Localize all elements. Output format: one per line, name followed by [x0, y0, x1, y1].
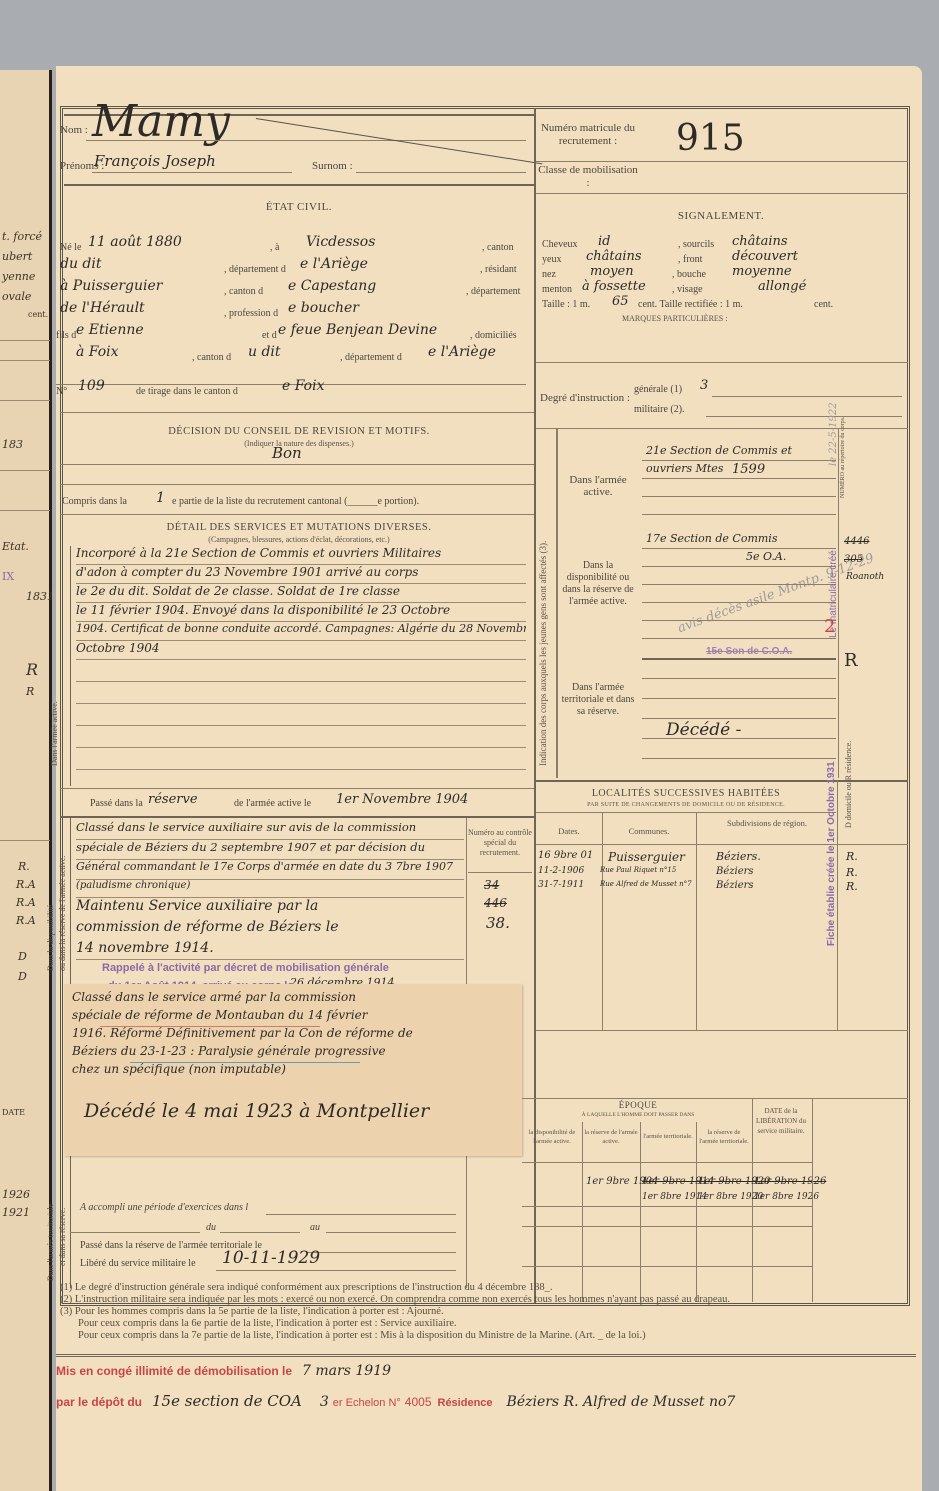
left-fragment: ovale: [2, 290, 31, 303]
localite-commune: Rue Paul Riquet n°15: [600, 866, 676, 874]
dispo-label: Dans la disponibilité ou dans la réserve…: [560, 560, 636, 608]
echelon-num: 3: [320, 1394, 329, 1410]
active-line: 21e Section de Commis et: [646, 444, 792, 457]
residence-label: Résidence: [438, 1397, 493, 1409]
canton-res-label: , canton d: [224, 286, 263, 297]
conge-label: Mis en congé illimité de démobilisation …: [56, 1364, 292, 1378]
localites-col-subdivisions: Subdivisions de région.: [698, 818, 836, 828]
epoque-value: 1er 9bre 1926: [754, 1176, 826, 1187]
tirage-label: de tirage dans le canton d: [136, 386, 238, 397]
dept-domicile: e l'Ariège: [428, 344, 496, 360]
localites-col-dr: D domicile ou R résidence.: [844, 741, 853, 828]
dept-dom-label: , département d: [340, 352, 402, 363]
bouche-label: , bouche: [672, 269, 706, 280]
canton-label: , canton: [482, 242, 514, 253]
service-line: le 11 février 1904. Envoyé dans la dispo…: [76, 603, 526, 622]
left-fragment: D: [18, 950, 27, 963]
menton-value: à fossette: [582, 279, 646, 294]
localites-col-dates: Dates.: [538, 826, 600, 836]
localite-dr: R.: [846, 850, 858, 863]
dept-residence: de l'Hérault: [60, 300, 145, 316]
side-label-dispo-2: ou dans la réserve de l'armée active.: [58, 856, 67, 971]
residant-label: , résidant: [480, 264, 517, 275]
du-label: du: [206, 1222, 216, 1233]
exercices-label: A accompli une période d'exercices dans …: [80, 1202, 248, 1213]
date-naissance: 11 août 1880: [88, 234, 182, 250]
localite-dr: R.: [846, 880, 858, 893]
signalement-block: Cheveux id , sourcils châtains yeux chât…: [542, 236, 902, 325]
cent-label: cent.: [814, 299, 833, 310]
etat-civil-block: Né le 11 août 1880 , à Vicdessos , canto…: [56, 234, 532, 406]
controle-value: 34: [484, 878, 499, 892]
side-label-active: Dans l'armée active.: [50, 701, 59, 766]
dispo-stamp: 15e Son de C.O.A.: [706, 646, 792, 657]
partie-value: 1: [156, 490, 165, 506]
passe-value: réserve: [148, 792, 198, 807]
domicilies-label: , domiciliés: [470, 330, 517, 341]
left-fragment: 1926: [2, 1188, 30, 1201]
localites-rows: 16 9bre 01 Puisserguier Béziers. R. 11-2…: [538, 850, 904, 894]
controle-value: 38.: [486, 914, 510, 932]
passe-mid: de l'armée active le: [234, 798, 311, 809]
footnote: Pour ceux compris dans la 6e partie de l…: [60, 1318, 910, 1330]
taille-suffix: cent. Taille rectifiée : 1 m.: [638, 299, 743, 310]
au-label: au: [310, 1222, 320, 1233]
canton-residence: e Capestang: [288, 278, 376, 294]
footnote: (1) Le degré d'instruction générale sera…: [60, 1282, 910, 1294]
pere: e Etienne: [76, 322, 144, 338]
side-stamp-fiche: Fiche établie créée le 1er Octobre 1931: [826, 761, 837, 946]
localite-commune: Puisserguier: [608, 850, 685, 864]
depot-line: par le dépôt du 15e section de COA 3 er …: [56, 1392, 916, 1422]
services-subtitle: (Campagnes, blessures, actions d'éclat, …: [64, 535, 534, 544]
pasted-note: Classé dans le service armé par la commi…: [64, 984, 522, 1156]
depot-value: 15e section de COA: [152, 1392, 302, 1410]
left-fragment: R: [26, 660, 38, 679]
reserve-line: Maintenu Service auxiliaire par la: [76, 898, 464, 919]
left-fragment: cent.: [28, 310, 48, 319]
left-fragment: R.A: [16, 896, 36, 909]
profession: e boucher: [288, 300, 359, 316]
mere: e feue Benjean Devine: [278, 322, 437, 338]
side-red-mark: 2: [824, 616, 835, 637]
registre-matricule-page: Nom : Mamy Prénoms : François Joseph Sur…: [56, 66, 922, 1491]
left-fragment: R.A: [16, 914, 36, 927]
reserve-line: Général commandant le 17e Corps d'armée …: [76, 860, 464, 880]
reserve-line: Classé dans le service auxiliaire sur av…: [76, 820, 464, 840]
visage-label: , visage: [672, 284, 703, 295]
localite-commune: Rue Alfred de Musset n°7: [600, 880, 692, 888]
decision-value: Bon: [272, 444, 302, 462]
sourcils-value: châtains: [732, 234, 788, 249]
tirage-prefix: N°: [56, 386, 67, 397]
dispo-line: 5e O.A.: [746, 550, 786, 563]
pasted-line: Béziers du 23-1-23 : Paralysie générale …: [72, 1042, 512, 1060]
pasted-lines: Classé dans le service armé par la commi…: [72, 988, 512, 1078]
compris-suffix: e partie de la liste du recrutement cant…: [172, 496, 419, 507]
epoque-col: l'armée territoriale.: [642, 1132, 694, 1141]
localite-row: 11-2-1906 Rue Paul Riquet n°15 Béziers R…: [538, 866, 904, 880]
reserve-line: (paludisme chronique): [76, 880, 464, 898]
localite-date: 16 9bre 01: [538, 850, 593, 861]
reserve-lines: Classé dans le service auxiliaire sur av…: [76, 820, 464, 960]
localite-subdivision: Béziers: [716, 880, 754, 891]
service-line: Incorporé à la 21e Section de Commis et …: [76, 546, 526, 565]
conge-line: Mis en congé illimité de démobilisation …: [56, 1362, 916, 1392]
dispo-numero: 4446: [844, 536, 869, 547]
localite-date: 31-7-1911: [538, 880, 584, 890]
depot-label: par le dépôt du: [56, 1395, 142, 1409]
militaire-label: militaire (2).: [634, 404, 685, 415]
side-stamp-pencil: le 22-5-1922: [828, 402, 839, 466]
visage-value: allongé: [758, 279, 806, 294]
left-fragment: DATE: [2, 1108, 25, 1117]
marques-label: MARQUES PARTICULIÈRES :: [542, 311, 902, 325]
matricule-label: Numéro matricule du recrutement :: [538, 122, 638, 148]
service-line: 1904. Certificat de bonne conduite accor…: [76, 622, 526, 641]
epoque-subtitle: À LAQUELLE L'HOMME DOIT PASSER DANS: [526, 1112, 750, 1118]
reserve-line: commission de réforme de Béziers le: [76, 919, 464, 940]
left-fragment: t. forcé: [2, 230, 42, 243]
services-lines: Incorporé à la 21e Section de Commis et …: [76, 546, 526, 770]
left-fragment: 183: [2, 438, 23, 451]
footnotes: (1) Le degré d'instruction générale sera…: [60, 1282, 910, 1342]
left-fragment: IX: [2, 570, 14, 583]
left-fragment: yenne: [2, 270, 35, 283]
domicile: à Foix: [76, 344, 119, 360]
left-page-fragment: t. forcé ubert yenne ovale cent. 183 Eta…: [0, 70, 52, 1491]
localites-title: LOCALITÉS SUCCESSIVES HABITÉES: [536, 788, 836, 799]
service-line: Octobre 1904: [76, 641, 526, 660]
reserve-line: 14 novembre 1914.: [76, 940, 464, 960]
left-fragment: R: [26, 685, 34, 698]
nez-value: moyen: [590, 264, 634, 279]
left-fragment: R.A: [16, 878, 36, 891]
a-label: , à: [270, 242, 279, 253]
passe-label: Passé dans la: [90, 798, 143, 809]
menton-label: menton: [542, 284, 572, 295]
et-label: et d: [262, 330, 277, 341]
localite-row: 31-7-1911 Rue Alfred de Musset n°7 Bézie…: [538, 880, 904, 894]
nez-label: nez: [542, 269, 556, 280]
dispo-line: 17e Section de Commis: [646, 532, 777, 545]
side-label-dispo-1: Dans la disponibilité: [46, 905, 55, 971]
epoque-title: ÉPOQUE: [526, 1100, 750, 1110]
instruction-label: Degré d'instruction :: [540, 392, 630, 405]
dept-naissance: e l'Ariège: [300, 256, 368, 272]
numero-repertoire-label: NUMÉRO au répertoire du corps.: [840, 438, 846, 498]
pasted-line: Classé dans le service armé par la commi…: [72, 988, 512, 1006]
fils-label: fils d: [56, 330, 76, 341]
left-fragment: 1831: [26, 590, 54, 603]
epoque-col-liberation: DATE de la LIBÉRATION du service militai…: [754, 1106, 808, 1136]
cheveux-label: Cheveux: [542, 239, 578, 250]
ne-le-label: Né le: [60, 242, 81, 253]
lieu-naissance: Vicdessos: [306, 234, 375, 250]
side-label-territorial-1: Dans l'armée territoriale: [46, 1204, 55, 1281]
echelon-number: 4005: [405, 1395, 432, 1409]
left-fragment: ubert: [2, 250, 32, 263]
generale-value: 3: [700, 378, 708, 393]
conge-date: 7 mars 1919: [302, 1363, 391, 1379]
footnote: (2) L'instruction militaire sera indiqué…: [60, 1294, 910, 1306]
dept-res-label: , département: [466, 286, 520, 297]
rappel-stamp-line-1: Rappelé à l'activité par décret de mobil…: [102, 962, 389, 974]
canton-domicile: u dit: [248, 344, 281, 360]
libere-label: Libéré du service militaire le: [80, 1258, 196, 1269]
front-value: découvert: [732, 249, 798, 264]
service-line: d'adon à compter du 23 Novembre 1901 arr…: [76, 565, 526, 584]
canton-dom-label: , canton d: [192, 352, 231, 363]
dispo-mark: R: [844, 650, 858, 671]
bouche-value: moyenne: [732, 264, 792, 279]
surnom-label: Surnom :: [312, 160, 353, 172]
compris-label: Compris dans la: [62, 496, 127, 507]
dept-label: , département d: [224, 264, 286, 275]
left-fragment: R.: [18, 860, 30, 873]
active-line: 1599: [732, 462, 765, 477]
footnote: (3) Pour les hommes compris dans la 5e p…: [60, 1306, 910, 1318]
active-label: Dans l'armée active.: [560, 474, 636, 498]
localite-date: 11-2-1906: [538, 866, 584, 876]
passe-date: 1er Novembre 1904: [336, 792, 468, 807]
matricule-value: 915: [676, 118, 745, 159]
echelon-label: er Echelon N°: [333, 1397, 401, 1409]
nom-label: Nom :: [60, 124, 88, 136]
affectations-vertical-label: Indication des corps auxquels les jeunes…: [538, 541, 548, 766]
left-fragment: Etat.: [2, 540, 29, 553]
yeux-label: yeux: [542, 254, 561, 265]
prenoms-value: François Joseph: [94, 152, 216, 170]
residence: à Puisserguier: [60, 278, 163, 294]
signalement-title: SIGNALEMENT.: [536, 210, 906, 222]
taille-value: 65: [612, 294, 629, 309]
left-fragment: 1921: [2, 1206, 30, 1219]
tirage-canton: e Foix: [282, 378, 325, 394]
territorial-affect-value: Décédé -: [666, 720, 741, 740]
epoque-col: la disponibilité de l'armée active.: [524, 1128, 580, 1146]
service-line: le 2e du dit. Soldat de 2e classe. Solda…: [76, 584, 526, 603]
localite-dr: R.: [846, 866, 858, 879]
localites-subtitle: PAR SUITE DE CHANGEMENTS DE DOMICILE OU …: [536, 802, 836, 808]
footnote: Pour ceux compris dans la 7e partie de l…: [60, 1330, 910, 1342]
left-fragment: D: [18, 970, 27, 983]
front-label: , front: [678, 254, 702, 265]
side-label-territorial-2: et dans sa réserve.: [58, 1208, 67, 1266]
canton-naissance: du dit: [60, 256, 102, 272]
controle-label: Numéro au contrôle spécial du recrutemen…: [468, 828, 532, 858]
classe-label: Classe de mobilisation :: [538, 164, 638, 190]
epoque-col: la réserve de l'armée territoriale.: [698, 1128, 750, 1146]
localite-row: 16 9bre 01 Puisserguier Béziers. R.: [538, 850, 904, 866]
profession-label: , profession d: [224, 308, 278, 319]
territorial-affect-label: Dans l'armée territoriale et dans sa rés…: [560, 682, 636, 718]
epoque-col: la réserve de l'armée active.: [584, 1128, 638, 1146]
libere-value: 10-11-1929: [222, 1248, 320, 1268]
taille-label: Taille : 1 m.: [542, 299, 590, 310]
cheveux-value: id: [598, 234, 610, 249]
tirage-num: 109: [78, 378, 105, 394]
etat-civil-title: ÉTAT CIVIL.: [64, 201, 534, 213]
sourcils-label: , sourcils: [678, 239, 714, 250]
localite-subdivision: Béziers.: [716, 850, 761, 863]
pasted-line: spéciale de réforme de Montauban du 14 f…: [72, 1006, 512, 1024]
yeux-value: châtains: [586, 249, 642, 264]
localites-col-communes: Communes.: [604, 826, 694, 836]
controle-value: 446: [484, 896, 507, 910]
decision-title: DÉCISION DU CONSEIL DE REVISION ET MOTIF…: [64, 426, 534, 437]
generale-label: générale (1): [634, 384, 682, 395]
deces-note: Décédé le 4 mai 1923 à Montpellier: [84, 1100, 429, 1122]
localite-subdivision: Béziers: [716, 866, 754, 877]
reserve-line: spéciale de Béziers du 2 septembre 1907 …: [76, 840, 464, 860]
services-title: DÉTAIL DES SERVICES ET MUTATIONS DIVERSE…: [64, 522, 534, 533]
active-line: ouvriers Mtes: [646, 462, 723, 475]
epoque-value: 1er 8bre 1926: [754, 1192, 819, 1202]
residence-value: Béziers R. Alfred de Musset no7: [507, 1394, 736, 1410]
